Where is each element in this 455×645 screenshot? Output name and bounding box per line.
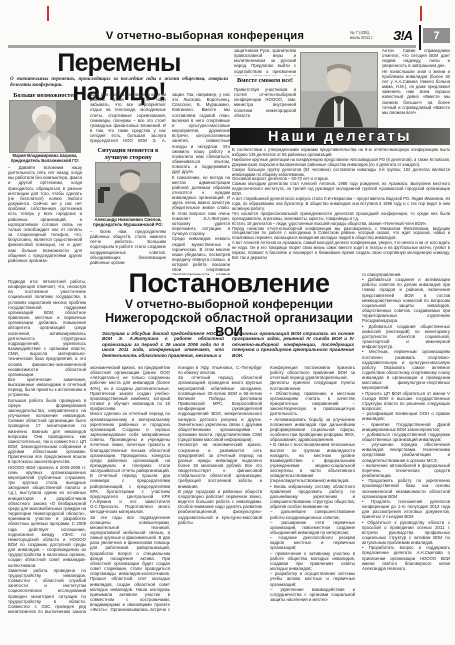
photo-anton-savin	[300, 52, 378, 128]
delegates-body: В соответствии с утвержденными нормами п…	[232, 148, 450, 268]
resolution-col5: го самоуправления. • Добиваться создания…	[362, 272, 450, 613]
article-col3-text: зации. Так, например, у нас это Лысково,…	[172, 92, 230, 275]
resolution-col4: Конференция постановила признать работу …	[270, 365, 355, 613]
subhead-situation-improving: Ситуация меняется в лучшую сторону	[90, 147, 166, 161]
article-deck: О значительных переменах, происходящих з…	[10, 77, 228, 89]
article-col4-text2: Приветствуя участников и гостей отчетно-…	[234, 87, 296, 126]
header-rule	[8, 45, 416, 48]
crop-mark-left	[47, 6, 49, 21]
photo-maria-sharova-image	[10, 101, 80, 152]
photo-caption-smelov: Александр Николаевич Смелов, председател…	[90, 217, 166, 227]
delegates-banner: Наши делегаты	[230, 128, 450, 145]
resolution-col1: Подводя итог пятилетней работы, конферен…	[8, 279, 86, 613]
photo-savin-image	[301, 53, 377, 127]
delegates-title: Наши делегаты	[268, 129, 412, 145]
article-col4-text1: защитником Руси, хранителем православной…	[234, 48, 296, 76]
resolution-intro-col2: первичных организаций ВОИ строилась на о…	[232, 331, 354, 362]
article-col5-text: Антон Савин справедливо отметил, что сег…	[382, 48, 450, 126]
section-kicker: V отчетно-выборная конференция	[60, 30, 350, 42]
photo-maria-sharova	[9, 100, 81, 153]
newspaper-logo: З!А	[393, 28, 412, 43]
photo-caption-sharova: Мария Владимировна Шарова, председатель …	[8, 153, 82, 163]
resolution-intro-col1: Заслушав и обсудив доклад председателя Н…	[102, 331, 224, 362]
crop-mark-right	[420, 6, 422, 21]
resolution-title: Постановление	[100, 268, 358, 299]
photo-smelov-image	[96, 163, 160, 216]
article-col1-text: – Давайте вспомним нашу деятельность пят…	[8, 165, 82, 275]
resolution-subtitle-1: V отчетно-выборной конференции	[100, 297, 358, 311]
newspaper-page: V отчетно-выборная конференция № 7 (435)…	[0, 0, 455, 645]
photo-alexander-smelov	[95, 162, 161, 217]
resolution-col3: поездки в Уфу, Ульяновск, С.-Петербург п…	[178, 365, 262, 613]
resolution-col2: экономический кризис, на предприятии обл…	[90, 365, 170, 613]
subhead-together-we-can: Вместе сможем все!	[234, 77, 296, 84]
subhead-more-possibilities: Больше возможностей	[8, 92, 82, 99]
header-divider	[419, 25, 421, 50]
article-col2-text1: щий, для обмена мнениями и опытом работы…	[90, 92, 166, 145]
page-number-badge: 7	[423, 28, 450, 43]
issue-date: № 7 (435), июль 2011 г.	[350, 30, 390, 40]
